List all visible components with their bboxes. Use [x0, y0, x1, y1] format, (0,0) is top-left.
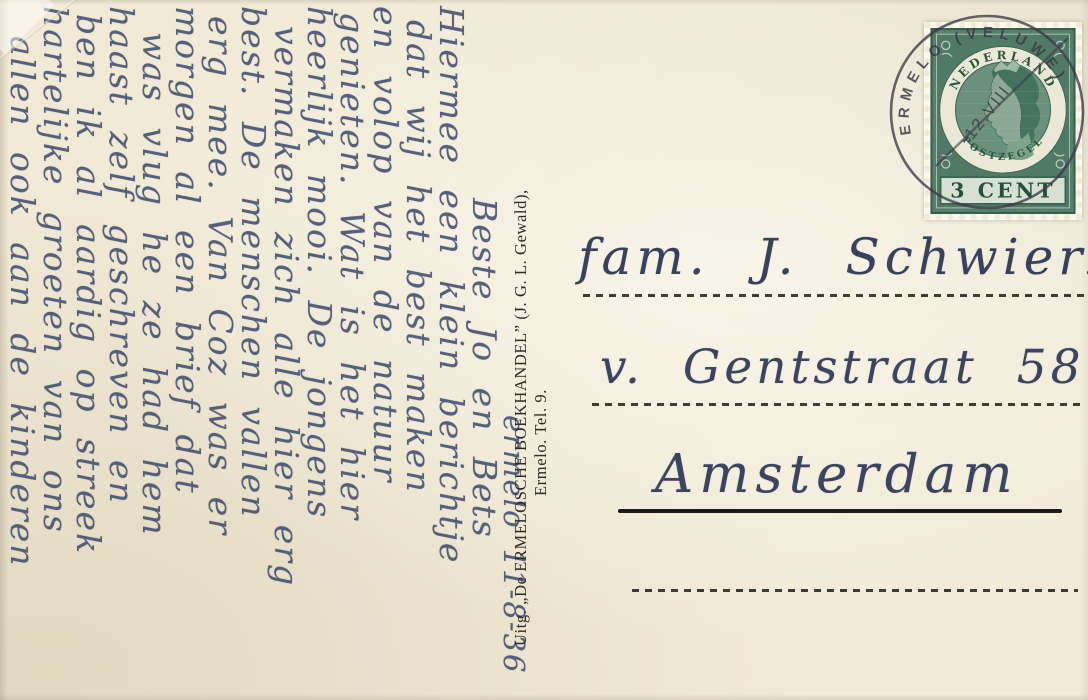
message-line: morgen al een brief dat: [171, 6, 204, 698]
message-line: dat wij het best maken: [402, 6, 435, 698]
message-line: allen ook aan de kinderen: [6, 6, 39, 698]
handwritten-message: Beste Jo en Bets Hiermee een klein beric…: [3, 6, 501, 698]
message-line: heerlijk mooi. De jongens: [303, 6, 336, 698]
postcard-back: Beste Jo en Bets Hiermee een klein beric…: [0, 0, 1088, 700]
publisher-imprint: Uitg. „De ERMELOSCHE BOEKHANDEL” (J. G. …: [511, 66, 557, 646]
message-line: haast zelf geschreven en: [105, 6, 138, 698]
publisher-line: Uitg. „De ERMELOSCHE BOEKHANDEL” (J. G. …: [511, 66, 531, 646]
address-street: v. Gentstraat 58 ʰ: [600, 340, 1088, 395]
message-line: en volop van de natuur: [369, 6, 402, 698]
message-line: best. De menschen vallen: [237, 6, 270, 698]
address-city: Amsterdam: [655, 444, 1019, 505]
message-line: Hiermee een klein berichtje: [435, 6, 468, 698]
message-line: was vlug he ze had hem: [138, 6, 171, 698]
message-line: hartelijke groeten van ons: [39, 6, 72, 698]
postage-stamp: NEDERLAND POSTZEGEL 3 CENT: [924, 22, 1082, 220]
stamp-art: NEDERLAND POSTZEGEL 3 CENT: [930, 28, 1076, 214]
publisher-line: Ermelo. Tel. 9.: [531, 66, 551, 646]
message-line: vermaken zich alle hier erg: [270, 6, 303, 698]
address-rule-solid: [618, 509, 1062, 513]
message-line: ben ik al aardig op streek: [72, 6, 105, 698]
address-rule-dotted: [592, 403, 1084, 406]
message-line: genieten. Wat is het hier: [336, 6, 369, 698]
stamp-value-text: 3 CENT: [950, 179, 1055, 203]
address-rule-dotted: [583, 294, 1088, 297]
message-line: erg mee. Van Coz was er: [204, 6, 237, 698]
address-recipient: fam. J. Schwierzau: [578, 228, 1088, 286]
address-rule-dotted: [632, 589, 1078, 592]
